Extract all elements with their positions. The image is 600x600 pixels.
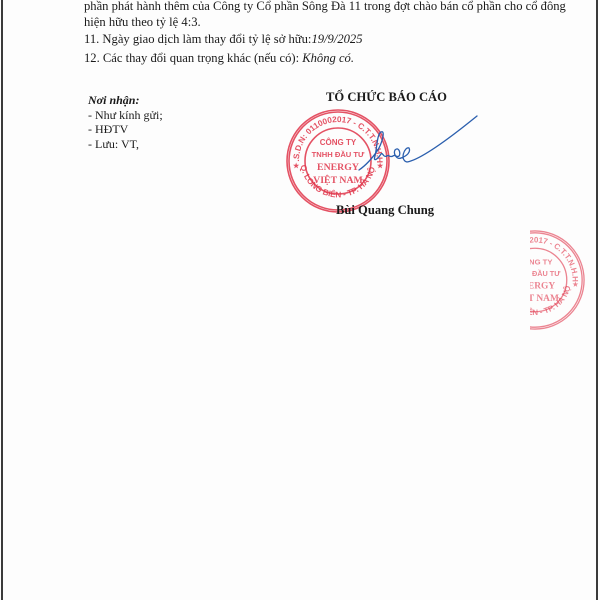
item-other-changes: 12. Các thay đổi quan trọng khác (nếu có… <box>84 50 354 67</box>
org-title: TỔ CHỨC BÁO CÁO <box>326 90 447 105</box>
item-11-value: 19/9/2025 <box>311 32 362 46</box>
handwritten-signature <box>355 108 485 178</box>
svg-text:VIỆT NAM: VIỆT NAM <box>530 291 559 304</box>
partial-stamp-clip: M.S.D.N: 0110002017 - C.T.T.N.H.H * Q. L… <box>530 220 596 340</box>
item-11-label: 11. Ngày giao dịch làm thay đổi tỷ lệ sở… <box>84 32 311 46</box>
item-12-label: 12. Các thay đổi quan trọng khác (nếu có… <box>84 51 299 65</box>
signer-name: Bùi Quang Chung <box>336 203 434 218</box>
svg-text:★: ★ <box>293 162 300 170</box>
company-stamp-partial: M.S.D.N: 0110002017 - C.T.T.N.H.H * Q. L… <box>530 229 586 331</box>
svg-text:ENERGY: ENERGY <box>530 282 555 292</box>
svg-text:TNHH ĐẦU TƯ: TNHH ĐẦU TƯ <box>530 268 561 278</box>
svg-text:CÔNG TY: CÔNG TY <box>530 258 553 267</box>
paragraph-continuation-line-2: hiện hữu theo tỷ lệ 4:3. <box>84 14 201 31</box>
recipients-block: Nơi nhận: - Như kính gửi; - HĐTV - Lưu: … <box>88 93 163 151</box>
recipient-item: - Như kính gửi; <box>88 108 163 123</box>
page-border-left <box>1 0 3 600</box>
recipients-title: Nơi nhận: <box>88 93 163 108</box>
item-transaction-date: 11. Ngày giao dịch làm thay đổi tỷ lệ sở… <box>84 31 363 48</box>
svg-text:★: ★ <box>573 281 580 289</box>
svg-text:CÔNG TY: CÔNG TY <box>320 138 357 147</box>
paragraph-continuation-line-1: phần phát hành thêm của Công ty Cổ phần … <box>84 0 566 15</box>
svg-text:ENERGY: ENERGY <box>317 162 359 173</box>
recipient-item: - HĐTV <box>88 122 163 137</box>
page-border-right <box>596 0 598 600</box>
item-12-value: Không có. <box>299 51 354 65</box>
recipient-item: - Lưu: VT, <box>88 137 163 152</box>
